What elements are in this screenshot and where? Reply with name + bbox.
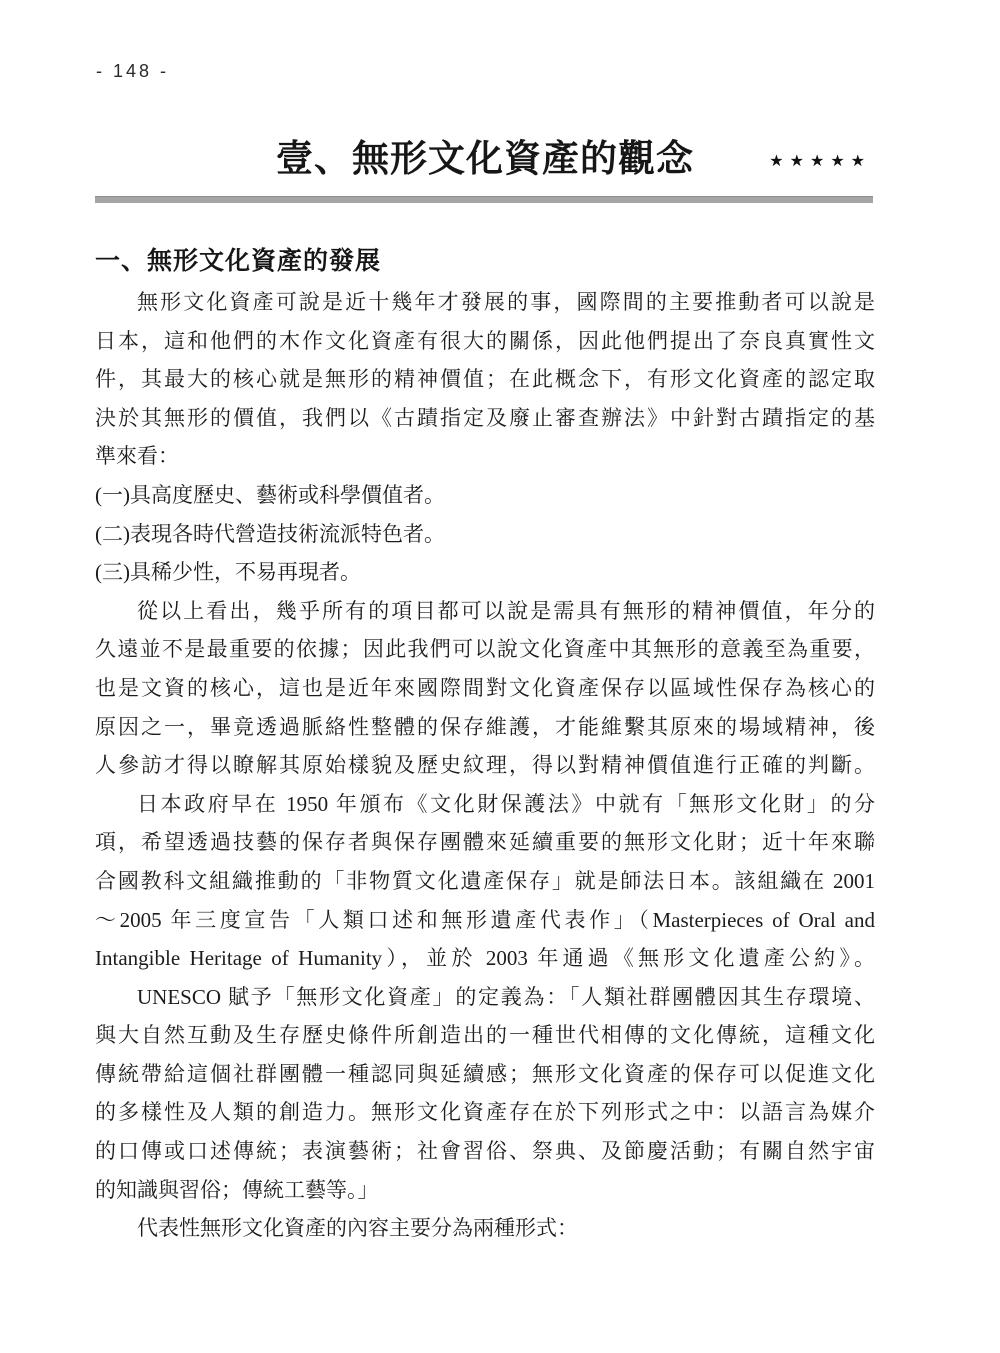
text-line: 從以上看出，幾乎所有的項目都可以說是需具有無形的精神價值，年分的: [95, 592, 875, 631]
text-line: 準來看：: [95, 437, 875, 476]
chapter-title-row: 壹、無形文化資產的觀念 ★★★★★: [95, 128, 875, 182]
text-line: Intangible Heritage of Humanity），並於 2003…: [95, 939, 875, 978]
section-heading: 一、無形文化資產的發展: [95, 241, 381, 277]
text-line: 項，希望透過技藝的保存者與保存團體來延續重要的無形文化財；近十年來聯: [95, 823, 875, 862]
text-line: 傳統帶給這個社群團體一種認同與延續感；無形文化資產的保存可以促進文化: [95, 1055, 875, 1094]
text-line: 的多樣性及人類的創造力。無形文化資產存在於下列形式之中：以語言為媒介: [95, 1093, 875, 1132]
text-line: (二)表現各時代營造技術流派特色者。: [95, 515, 875, 554]
text-line: 決於其無形的價值，我們以《古蹟指定及廢止審查辦法》中針對古蹟指定的基: [95, 399, 875, 438]
text-line: (三)具稀少性，不易再現者。: [95, 553, 875, 592]
text-line: 久遠並不是最重要的依據；因此我們可以說文化資產中其無形的意義至為重要，: [95, 630, 875, 669]
text-line: (一)具高度歷史、藝術或科學價值者。: [95, 476, 875, 515]
text-line: 也是文資的核心，這也是近年來國際間對文化資產保存以區域性保存為核心的: [95, 669, 875, 708]
chapter-title: 壹、無形文化資產的觀念: [95, 128, 875, 182]
page-number: - 148 -: [96, 61, 169, 82]
text-line: 合國教科文組織推動的「非物質文化遺產保存」就是師法日本。該組織在 2001: [95, 862, 875, 901]
text-line: 的口傳或口述傳統；表演藝術；社會習俗、祭典、及節慶活動；有關自然宇宙: [95, 1132, 875, 1171]
body-text: 無形文化資產可說是近十幾年才發展的事，國際間的主要推動者可以說是日本，這和他們的…: [95, 283, 875, 1248]
text-line: UNESCO 賦予「無形文化資產」的定義為：「人類社群團體因其生存環境、: [95, 978, 875, 1017]
text-line: 件，其最大的核心就是無形的精神價值；在此概念下，有形文化資產的認定取: [95, 360, 875, 399]
text-line: 與大自然互動及生存歷史條件所創造出的一種世代相傳的文化傳統，這種文化: [95, 1016, 875, 1055]
text-line: 日本，這和他們的木作文化資產有很大的關係，因此他們提出了奈良真實性文: [95, 322, 875, 361]
rating-stars: ★★★★★: [769, 151, 871, 171]
text-line: ～2005 年三度宣告「人類口述和無形遺產代表作」（Masterpieces o…: [95, 901, 875, 940]
text-line: 日本政府早在 1950 年頒布《文化財保護法》中就有「無形文化財」的分: [95, 785, 875, 824]
text-line: 原因之一，畢竟透過脈絡性整體的保存維護，才能維繫其原來的場域精神，後: [95, 708, 875, 747]
text-line: 的知識與習俗；傳統工藝等。」: [95, 1171, 875, 1210]
document-page: - 148 - 壹、無形文化資產的觀念 ★★★★★ 一、無形文化資產的發展 無形…: [0, 0, 1000, 1353]
text-line: 代表性無形文化資產的內容主要分為兩種形式：: [95, 1209, 875, 1248]
title-divider-rule: [95, 196, 873, 203]
text-line: 人參訪才得以瞭解其原始樣貌及歷史紋理，得以對精神價值進行正確的判斷。: [95, 746, 875, 785]
text-line: 無形文化資產可說是近十幾年才發展的事，國際間的主要推動者可以說是: [95, 283, 875, 322]
